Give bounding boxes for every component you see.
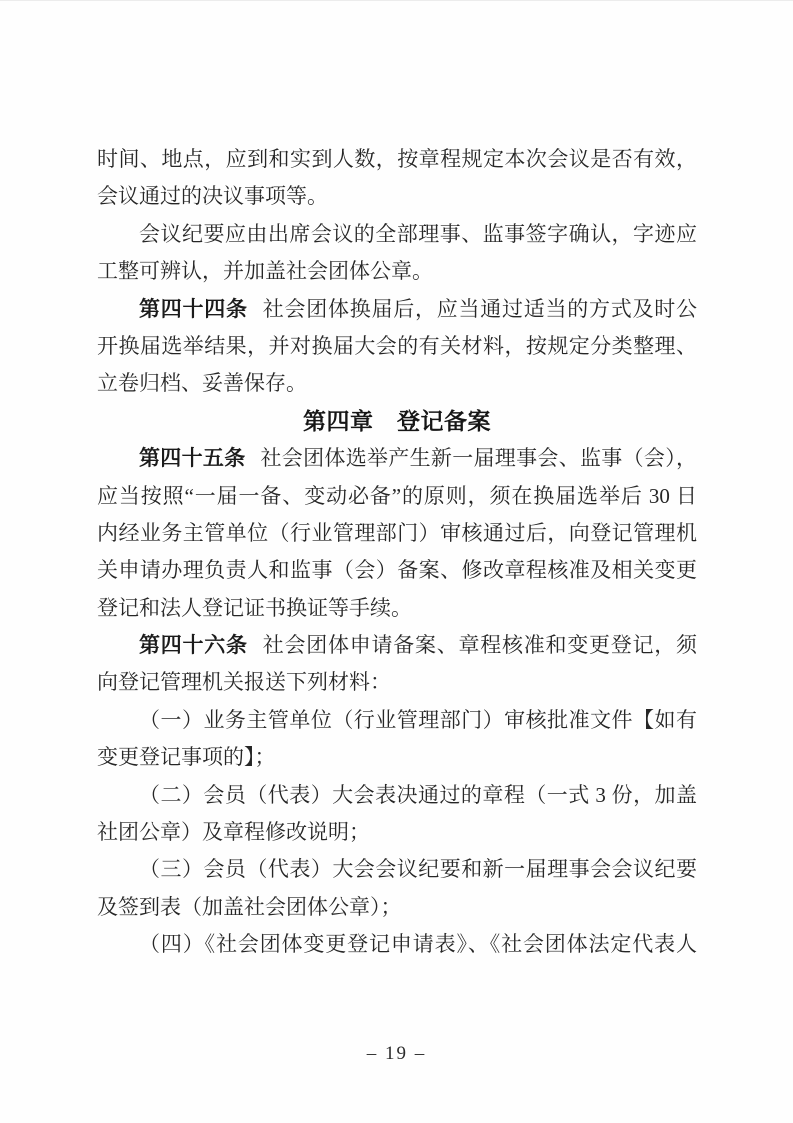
text-line: 立卷归档、妥善保存。 xyxy=(97,365,697,402)
text-line: （四）《社会团体变更登记申请表》、《社会团体法定代表人 xyxy=(97,926,697,963)
page-number: – 19 – xyxy=(0,1043,793,1065)
text-line: （二）会员（代表）大会表决通过的章程（一式 3 份，加盖 xyxy=(97,777,697,814)
text-line: 应当按照“一届一备、变动必备”的原则，须在换届选举后 30 日 xyxy=(97,478,697,515)
document-page: 时间、地点，应到和实到人数，按章程规定本次会议是否有效， 会议通过的决议事项等。… xyxy=(0,0,793,1123)
text-line: （三）会员（代表）大会会议纪要和新一届理事会会议纪要 xyxy=(97,851,697,888)
text-line: 关申请办理负责人和监事（会）备案、修改章程核准及相关变更 xyxy=(97,552,697,589)
text-line: 内经业务主管单位（行业管理部门）审核通过后，向登记管理机 xyxy=(97,515,697,552)
text-line: 及签到表（加盖社会团体公章）； xyxy=(97,889,697,926)
article-number: 第四十六条 xyxy=(139,633,248,657)
text-line: 会议纪要应由出席会议的全部理事、监事签字确认，字迹应 xyxy=(97,216,697,253)
text-line: 登记和法人登记证书换证等手续。 xyxy=(97,590,697,627)
text-line: 社团公章）及章程修改说明； xyxy=(97,814,697,851)
article-number: 第四十四条 xyxy=(139,297,248,321)
text-line: 第四十六条社会团体申请备案、章程核准和变更登记，须 xyxy=(97,627,697,664)
text-line: 第四十五条社会团体选举产生新一届理事会、监事（会）， xyxy=(97,440,697,477)
article-text: 社会团体选举产生新一届理事会、监事（会）， xyxy=(261,446,698,470)
article-text: 社会团体换届后，应当通过适当的方式及时公 xyxy=(263,297,697,321)
article-number: 第四十五条 xyxy=(139,446,246,470)
text-line: 会议通过的决议事项等。 xyxy=(97,178,697,215)
text-line: 第四十四条社会团体换届后，应当通过适当的方式及时公 xyxy=(97,291,697,328)
text-line: 时间、地点，应到和实到人数，按章程规定本次会议是否有效， xyxy=(97,141,697,178)
text-line: 开换届选举结果，并对换届大会的有关材料，按规定分类整理、 xyxy=(97,328,697,365)
chapter-heading: 第四章 登记备案 xyxy=(97,403,697,440)
text-line: 工整可辨认，并加盖社会团体公章。 xyxy=(97,253,697,290)
text-line: 向登记管理机关报送下列材料： xyxy=(97,664,697,701)
document-text-block: 时间、地点，应到和实到人数，按章程规定本次会议是否有效， 会议通过的决议事项等。… xyxy=(97,141,697,964)
article-text: 社会团体申请备案、章程核准和变更登记，须 xyxy=(263,633,697,657)
text-line: 变更登记事项的】； xyxy=(97,739,697,776)
text-line: （一）业务主管单位（行业管理部门）审核批准文件【如有 xyxy=(97,702,697,739)
